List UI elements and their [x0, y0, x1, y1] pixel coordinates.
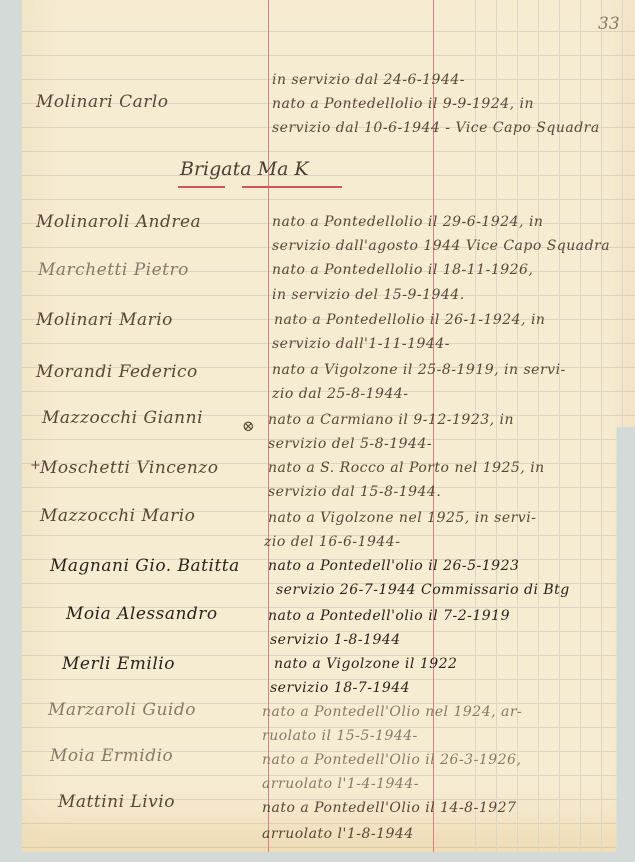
entry-name: Marzaroli Guido — [48, 700, 196, 720]
title-underline — [242, 186, 342, 188]
entry-line: nato a Pontedell'Olio nel 1924, ar- — [262, 704, 522, 720]
entry-name: Molinari Carlo — [36, 92, 169, 112]
entry-line: servizio dal 15-8-1944. — [268, 484, 441, 500]
entry-line: nato a Pontedell'olio il 7-2-1919 — [268, 608, 510, 624]
entry-name: Moia Ermidio — [50, 746, 173, 766]
entry-name: Merli Emilio — [62, 654, 175, 674]
entry-line: arruolato l'1-8-1944 — [262, 826, 414, 842]
entry-line: nato a S. Rocco al Porto nel 1925, in — [268, 460, 545, 476]
title-underline — [178, 186, 225, 188]
entry-line: servizio del 5-8-1944- — [268, 436, 432, 452]
entry-line: nato a Pontedell'olio il 26-5-1923 — [268, 558, 519, 574]
entry-name: Mazzocchi Gianni — [42, 408, 203, 428]
entry-name: Moia Alessandro — [66, 604, 218, 624]
entry-line: nato a Vigolzone nel 1925, in servi- — [268, 510, 536, 526]
entry-line: nato a Pontedellolio il 9-9-1924, in — [272, 96, 534, 112]
entry-line: servizio 26-7-1944 Commissario di Btg — [276, 582, 570, 598]
entry-line: zio dal 25-8-1944- — [272, 386, 409, 402]
entry-name: Marchetti Pietro — [38, 260, 189, 280]
entry-line: nato a Pontedellolio il 18-11-1926, — [272, 262, 533, 278]
circled-x-mark: ⊗ — [242, 417, 255, 435]
entry-line: ruolato il 15-5-1944- — [262, 728, 418, 744]
entry-line: nato a Pontedellolio il 26-1-1924, in — [274, 312, 545, 328]
entry-line: in servizio del 15-9-1944. — [272, 287, 465, 303]
entry-line: servizio 1-8-1944 — [270, 632, 401, 648]
entry-name: Mattini Livio — [58, 792, 175, 812]
entry-line: nato a Pontedell'Olio il 14-8-1927 — [262, 800, 516, 816]
entry-line: nato a Vigolzone il 25-8-1919, in servi- — [272, 362, 566, 378]
entry-name: Moschetti Vincenzo — [40, 458, 219, 478]
entry-name: Morandi Federico — [36, 362, 198, 382]
entry-line: nato a Vigolzone il 1922 — [274, 656, 457, 672]
entry-line: servizio dal 10-6-1944 - Vice Capo Squad… — [272, 120, 600, 136]
entry-name: Molinari Mario — [36, 310, 173, 330]
entry-name: Mazzocchi Mario — [40, 506, 195, 526]
entry-line: in servizio dal 24-6-1944- — [272, 72, 465, 88]
entry-line: servizio dall'1-11-1944- — [272, 336, 450, 352]
entry-name: Magnani Gio. Batitta — [50, 556, 240, 576]
section-title: Brigata Ma K — [180, 158, 309, 180]
entry-line: servizio dall'agosto 1944 Vice Capo Squa… — [272, 238, 610, 254]
entry-line: zio del 16-6-1944- — [264, 534, 400, 550]
entry-name: Molinaroli Andrea — [36, 212, 201, 232]
entry-line: nato a Pontedellolio il 29-6-1924, in — [272, 214, 543, 230]
entry-line: nato a Pontedell'Olio il 26-3-1926, — [262, 752, 521, 768]
entry-line: servizio 18-7-1944 — [270, 680, 410, 696]
page-number: 33 — [598, 14, 620, 34]
entry-line: arruolato l'1-4-1944- — [262, 776, 419, 792]
entry-line: nato a Carmiano il 9-12-1923, in — [268, 412, 514, 428]
